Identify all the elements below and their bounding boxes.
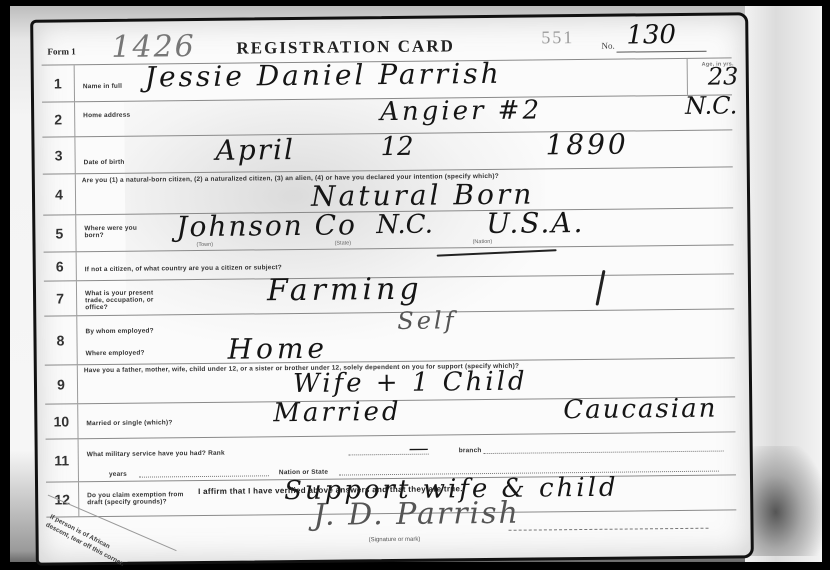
card-title: REGISTRATION CARD: [236, 36, 455, 58]
field-value-home-address: Angier #2: [380, 95, 542, 127]
row-number: 4: [43, 174, 76, 214]
signature-line: [509, 528, 709, 531]
field-value-marital-status: Married: [273, 397, 402, 428]
field-value-place-employed: Home: [227, 332, 328, 366]
row-number: 6: [44, 252, 77, 280]
field-value-rank: —: [409, 436, 429, 460]
field-label-date-of-birth: Date of birth: [84, 159, 125, 166]
age-value: 23: [708, 62, 739, 90]
card-number: 130: [626, 20, 676, 51]
number-underline: [617, 51, 707, 53]
field-value-birth-month: April: [215, 133, 295, 167]
signature-caption: (Signature or mark): [369, 537, 421, 544]
pen-stroke: [437, 249, 557, 256]
pen-stroke: [595, 270, 605, 306]
field-label-military-service: What military service have you had? Rank: [87, 450, 225, 458]
serial-label: Form 1: [47, 46, 75, 56]
form-row-4: 4 Are you (1) a natural-born citizen, (2…: [43, 167, 733, 215]
row-number: 2: [42, 102, 75, 136]
row-number: 11: [46, 439, 79, 481]
field-value-birth-day: 12: [380, 132, 413, 162]
registrant-signature: J. D. Parrish: [313, 496, 520, 533]
field-label-employer: By whom employed?: [85, 327, 153, 335]
field-value-home-state: N.C.: [685, 91, 738, 120]
field-value-birth-state: N.C.: [376, 210, 433, 241]
row-number: 12: [46, 482, 79, 516]
field-label-exemption: Do you claim exemption from draft (speci…: [87, 491, 187, 506]
field-label-years: years: [109, 471, 127, 478]
corner-note: If person is of African descent, tear of…: [44, 513, 132, 570]
field-label-occupation: What is your present trade, occupation, …: [85, 289, 165, 311]
form-rows: 1 Name in full Jessie Daniel Parrish Age…: [42, 57, 737, 517]
faded-stamp: 551: [541, 27, 574, 48]
field-label-home-address: Home address: [83, 112, 133, 120]
field-label-branch: branch: [459, 447, 482, 454]
row-number: 3: [42, 137, 75, 173]
row-number: 5: [43, 215, 76, 251]
number-label: No.: [601, 41, 614, 51]
form-row-8: 8 By whom employed? Self Where employed?…: [44, 309, 734, 365]
row-number: 9: [45, 365, 78, 403]
field-label-birthplace: Where were you born?: [84, 225, 140, 240]
field-value-name: Jessie Daniel Parrish: [145, 57, 502, 94]
field-value-birth-nation: U.S.A.: [486, 206, 584, 240]
field-value-birth-year: 1890: [545, 128, 629, 162]
registration-card: Form 1 1426 REGISTRATION CARD 551 No. 13…: [30, 12, 754, 565]
age-box: Age, in yrs. 23: [687, 58, 766, 95]
field-label-marital-status: Married or single (which)?: [86, 419, 172, 427]
field-label-foreign-citizenship: If not a citizen, of what country are yo…: [85, 264, 282, 273]
row-number: 8: [44, 316, 78, 364]
row-number: 10: [45, 404, 78, 438]
field-value-race: Caucasian: [563, 394, 717, 426]
field-value-occupation: Farming: [267, 272, 423, 309]
field-value-birth-town: Johnson Co: [176, 208, 357, 243]
field-value-employer: Self: [397, 306, 456, 335]
field-label-name: Name in full: [83, 83, 122, 90]
field-value-dependents: Wife + 1 Child: [293, 367, 528, 399]
row-number: 7: [44, 281, 77, 315]
row-number: 1: [42, 65, 75, 101]
field-label-place-employed: Where employed?: [86, 350, 145, 358]
